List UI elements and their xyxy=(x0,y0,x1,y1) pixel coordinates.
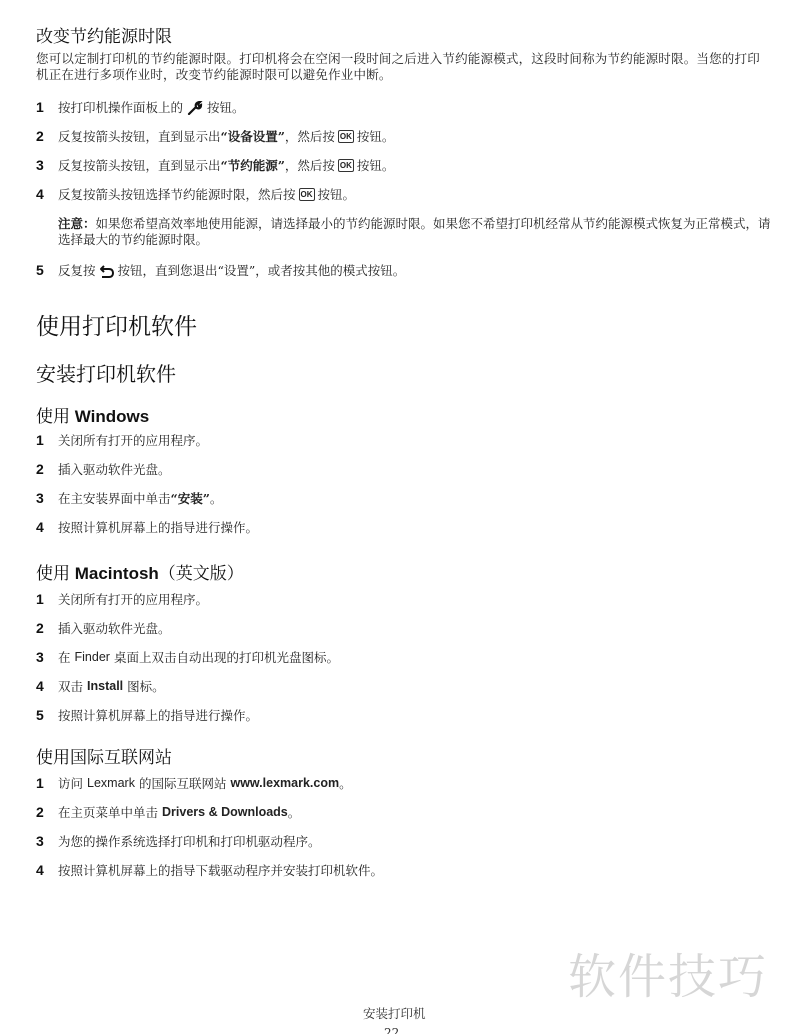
step-text: 。 xyxy=(288,803,301,821)
list-item: 3 为您的操作系统选择打印机和打印机驱动程序。 xyxy=(36,832,321,850)
list-item: 4 双击 Install 图标。 xyxy=(36,677,165,695)
step-text: 为您的操作系统选择打印机和打印机驱动程序。 xyxy=(58,832,321,850)
step-number: 4 xyxy=(36,678,58,694)
step-number: 3 xyxy=(36,649,58,665)
step-number: 1 xyxy=(36,432,58,448)
list-item: 1 访问 Lexmark 的国际互联网站 www.lexmark.com 。 xyxy=(36,774,352,792)
step-text: 图标。 xyxy=(127,677,165,695)
step-text: 反复按 xyxy=(58,261,96,279)
step-number: 5 xyxy=(36,707,58,723)
step-text: 按照计算机屏幕上的指导进行操作。 xyxy=(58,706,258,724)
step-number: 3 xyxy=(36,490,58,506)
step-text: 的国际互联网站 xyxy=(139,774,227,792)
step-text: 。 xyxy=(210,489,223,507)
step-text: 。 xyxy=(339,774,352,792)
list-item: 1 关闭所有打开的应用程序。 xyxy=(36,590,208,608)
step-number: 4 xyxy=(36,519,58,535)
footer-chapter: 安装打印机 xyxy=(363,1004,426,1022)
heading-macintosh: 使用 Macintosh（英文版） xyxy=(36,559,244,584)
list-item: 4 按照计算机屏幕上的指导下载驱动程序并安装打印机软件。 xyxy=(36,861,383,879)
heading-prefix: 使用 xyxy=(36,564,70,583)
step-text: 反复按箭头按钮，直到显示出 xyxy=(58,127,221,145)
list-item: 3 反复按箭头按钮，直到显示出 “节约能源” ，然后按 OK 按钮。 xyxy=(36,156,394,174)
step-number: 3 xyxy=(36,833,58,849)
icon-name: Install xyxy=(87,679,123,693)
step-text: 在主安装界面中单击 xyxy=(58,489,171,507)
step-number: 4 xyxy=(36,862,58,878)
list-item: 3 在 Finder 桌面上双击自动出现的打印机光盘图标。 xyxy=(36,648,339,666)
step-text: 桌面上双击自动出现的打印机光盘图标。 xyxy=(114,648,339,666)
ok-button-icon: OK xyxy=(338,159,354,172)
list-item: 3 在主安装界面中单击 “安装” 。 xyxy=(36,489,222,507)
list-item: 2 在主页菜单中单击 Drivers & Downloads 。 xyxy=(36,803,300,821)
step-number: 3 xyxy=(36,157,58,173)
step-number: 1 xyxy=(36,591,58,607)
app-name: Finder xyxy=(75,650,110,664)
note-label: 注意： xyxy=(58,216,96,231)
step-text: 按钮。 xyxy=(207,98,245,116)
step-text: 插入驱动软件光盘。 xyxy=(58,619,171,637)
step-text: 关闭所有打开的应用程序。 xyxy=(58,590,208,608)
heading-prefix: 使用 xyxy=(36,407,70,426)
step-text: 插入驱动软件光盘。 xyxy=(58,460,171,478)
list-item: 4 反复按箭头按钮选择节约能源时限，然后按 OK 按钮。 xyxy=(36,185,355,203)
step-text: 在 xyxy=(58,648,71,666)
brand-name: Lexmark xyxy=(87,776,135,790)
step-text: 按钮。 xyxy=(357,156,395,174)
step-text: 按打印机操作面板上的 xyxy=(58,98,183,116)
note-text: 如果您希望高效率地使用能源，请选择最小的节约能源时限。如果您不希望打印机经常从节… xyxy=(58,216,771,247)
list-item: 1 关闭所有打开的应用程序。 xyxy=(36,431,208,449)
step-number: 5 xyxy=(36,262,58,278)
button-name: “安装” xyxy=(171,489,210,507)
step-number: 1 xyxy=(36,775,58,791)
heading-website: 使用国际互联网站 xyxy=(36,743,172,768)
page-number: 22 xyxy=(384,1026,399,1034)
wrench-icon xyxy=(187,99,203,115)
menu-name: “设备设置” xyxy=(221,127,285,145)
menu-link-name: Drivers & Downloads xyxy=(162,805,288,819)
step-text: 按照计算机屏幕上的指导下载驱动程序并安装打印机软件。 xyxy=(58,861,383,879)
step-text: 按钮。 xyxy=(357,127,395,145)
ok-button-icon: OK xyxy=(338,130,354,143)
step-number: 2 xyxy=(36,620,58,636)
step-text: 按照计算机屏幕上的指导进行操作。 xyxy=(58,518,258,536)
step-text: 关闭所有打开的应用程序。 xyxy=(58,431,208,449)
step-text: 双击 xyxy=(58,677,83,695)
list-item: 1 按打印机操作面板上的 按钮。 xyxy=(36,98,245,116)
step-number: 2 xyxy=(36,461,58,477)
list-item: 2 插入驱动软件光盘。 xyxy=(36,619,171,637)
list-item: 4 按照计算机屏幕上的指导进行操作。 xyxy=(36,518,258,536)
step-text: 反复按箭头按钮，直到显示出 xyxy=(58,156,221,174)
step-text: 反复按箭头按钮选择节约能源时限，然后按 xyxy=(58,185,296,203)
note-paragraph: 注意：如果您希望高效率地使用能源，请选择最小的节约能源时限。如果您不希望打印机经… xyxy=(58,216,773,248)
subsection-title-install-software: 安装打印机软件 xyxy=(36,358,176,387)
list-item: 2 反复按箭头按钮，直到显示出 “设备设置” ，然后按 OK 按钮。 xyxy=(36,127,394,145)
website-url: www.lexmark.com xyxy=(230,776,339,790)
step-number: 2 xyxy=(36,128,58,144)
list-item: 5 反复按 按钮，直到您退出“设置”，或者按其他的模式按钮。 xyxy=(36,261,405,279)
list-item: 2 插入驱动软件光盘。 xyxy=(36,460,171,478)
intro-paragraph: 您可以定制打印机的节约能源时限。打印机将会在空闲一段时间之后进入节约能源模式，这… xyxy=(36,51,771,83)
ok-button-icon: OK xyxy=(299,188,315,201)
heading-suffix: （英文版） xyxy=(159,564,244,583)
step-number: 2 xyxy=(36,804,58,820)
step-text: ，然后按 xyxy=(285,156,335,174)
step-number: 1 xyxy=(36,99,58,115)
step-text: 按钮，直到您退出“设置”，或者按其他的模式按钮。 xyxy=(118,261,406,279)
step-text: ，然后按 xyxy=(285,127,335,145)
menu-name: “节约能源” xyxy=(221,156,285,174)
heading-os-name: Windows xyxy=(75,407,149,426)
step-number: 4 xyxy=(36,186,58,202)
watermark: 软件技巧 xyxy=(568,938,768,1007)
back-arrow-icon xyxy=(99,262,115,278)
section-title-energy-timeout: 改变节约能源时限 xyxy=(36,22,172,47)
list-item: 5 按照计算机屏幕上的指导进行操作。 xyxy=(36,706,258,724)
step-text: 在主页菜单中单击 xyxy=(58,803,158,821)
heading-windows: 使用 Windows xyxy=(36,402,149,427)
section-title-printer-software: 使用打印机软件 xyxy=(36,308,197,341)
heading-os-name: Macintosh xyxy=(75,564,159,583)
step-text: 按钮。 xyxy=(318,185,356,203)
step-text: 访问 xyxy=(58,774,83,792)
